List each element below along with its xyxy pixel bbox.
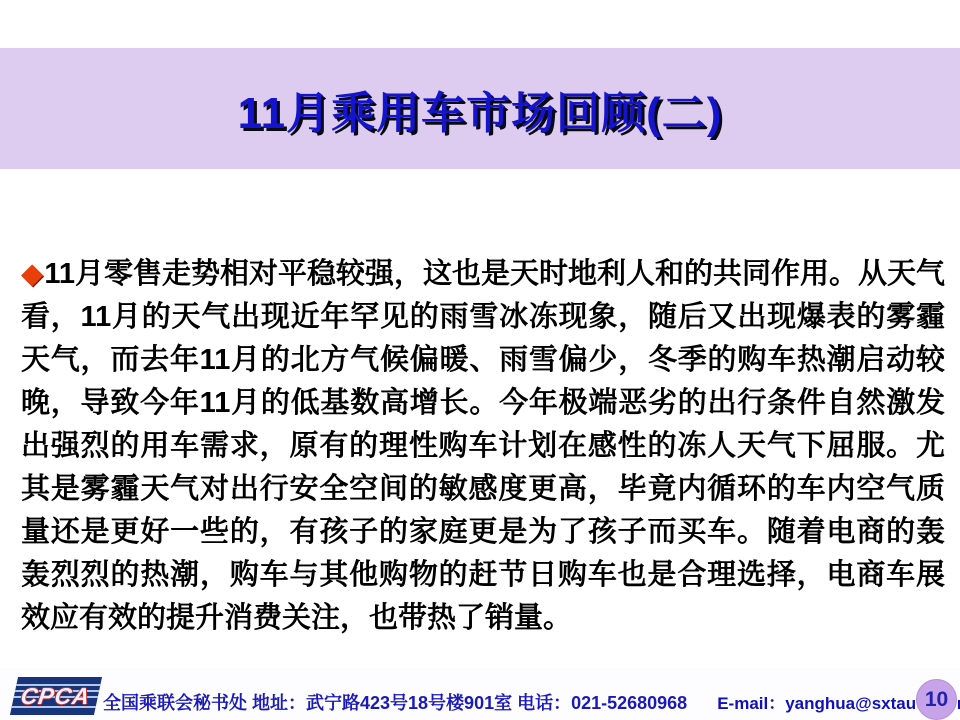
secretariat-address-phone: 全国乘联会秘书处 地址：武宁路423号18号楼901室 电话：021-52680… (103, 689, 687, 715)
page-number-badge: 10 (916, 679, 957, 720)
page-number: 10 (925, 688, 948, 712)
diamond-bullet-icon: ◆ (21, 258, 43, 290)
title-band: 11月乘用车市场回顾(二) (0, 48, 960, 169)
cpca-logo-text: CPCA (19, 683, 92, 710)
body-area: ◆11月零售走势相对平稳较强，这也是天时地利人和的共同作用。从天气看，11月的天… (21, 253, 945, 640)
slide: 11月乘用车市场回顾(二) ◆11月零售走势相对平稳较强，这也是天时地利人和的共… (0, 0, 960, 720)
market-review-paragraph: ◆11月零售走势相对平稳较强，这也是天时地利人和的共同作用。从天气看，11月的天… (21, 253, 945, 640)
footer-contact-line: 全国乘联会秘书处 地址：武宁路423号18号楼901室 电话：021-52680… (103, 689, 915, 715)
slide-title: 11月乘用车市场回顾(二) (238, 77, 723, 141)
footer-bar: CPCA 全国乘联会秘书处 地址：武宁路423号18号楼901室 电话：021-… (0, 668, 960, 720)
cpca-logo: CPCA (10, 677, 102, 715)
paragraph-text: 11月零售走势相对平稳较强，这也是天时地利人和的共同作用。从天气看，11月的天气… (21, 258, 945, 634)
